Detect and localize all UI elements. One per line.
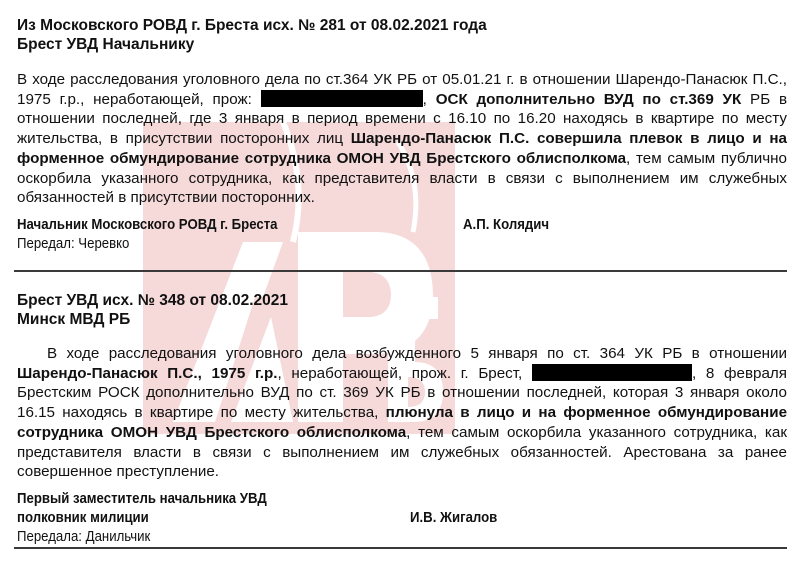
- letter1-body: В ходе расследования уголовного дела по …: [17, 70, 787, 208]
- redacted-block: [261, 90, 423, 107]
- letter2-signature-title-line1: Первый заместитель начальника УВД: [17, 489, 267, 508]
- letter1-signature-title: Начальник Московского РОВД г. Бреста: [17, 215, 278, 234]
- letter1-header-line2: Брест УВД Начальнику: [17, 35, 194, 54]
- redacted-block: [532, 364, 692, 381]
- letter2-signature-name: И.В. Жигалов: [410, 508, 497, 527]
- letter1-signature-name: А.П. Колядич: [463, 215, 549, 234]
- letter2-header-line1: Брест УВД исх. № 348 от 08.02.2021: [17, 291, 288, 310]
- letter2-transmitted-by: Передала: Данильчик: [17, 527, 150, 546]
- document: Из Московского РОВД г. Бреста исх. № 281…: [0, 0, 800, 567]
- letter1-transmitted-by: Передал: Черевко: [17, 234, 129, 253]
- divider: [14, 270, 787, 272]
- letter1-header-line1: Из Московского РОВД г. Бреста исх. № 281…: [17, 16, 487, 35]
- letter2-body: В ходе расследования уголовного дела воз…: [17, 344, 787, 482]
- letter2-header-line2: Минск МВД РБ: [17, 310, 130, 329]
- letter2-signature-title-line2: полковник милиции: [17, 508, 149, 527]
- bottom-divider: [14, 547, 787, 549]
